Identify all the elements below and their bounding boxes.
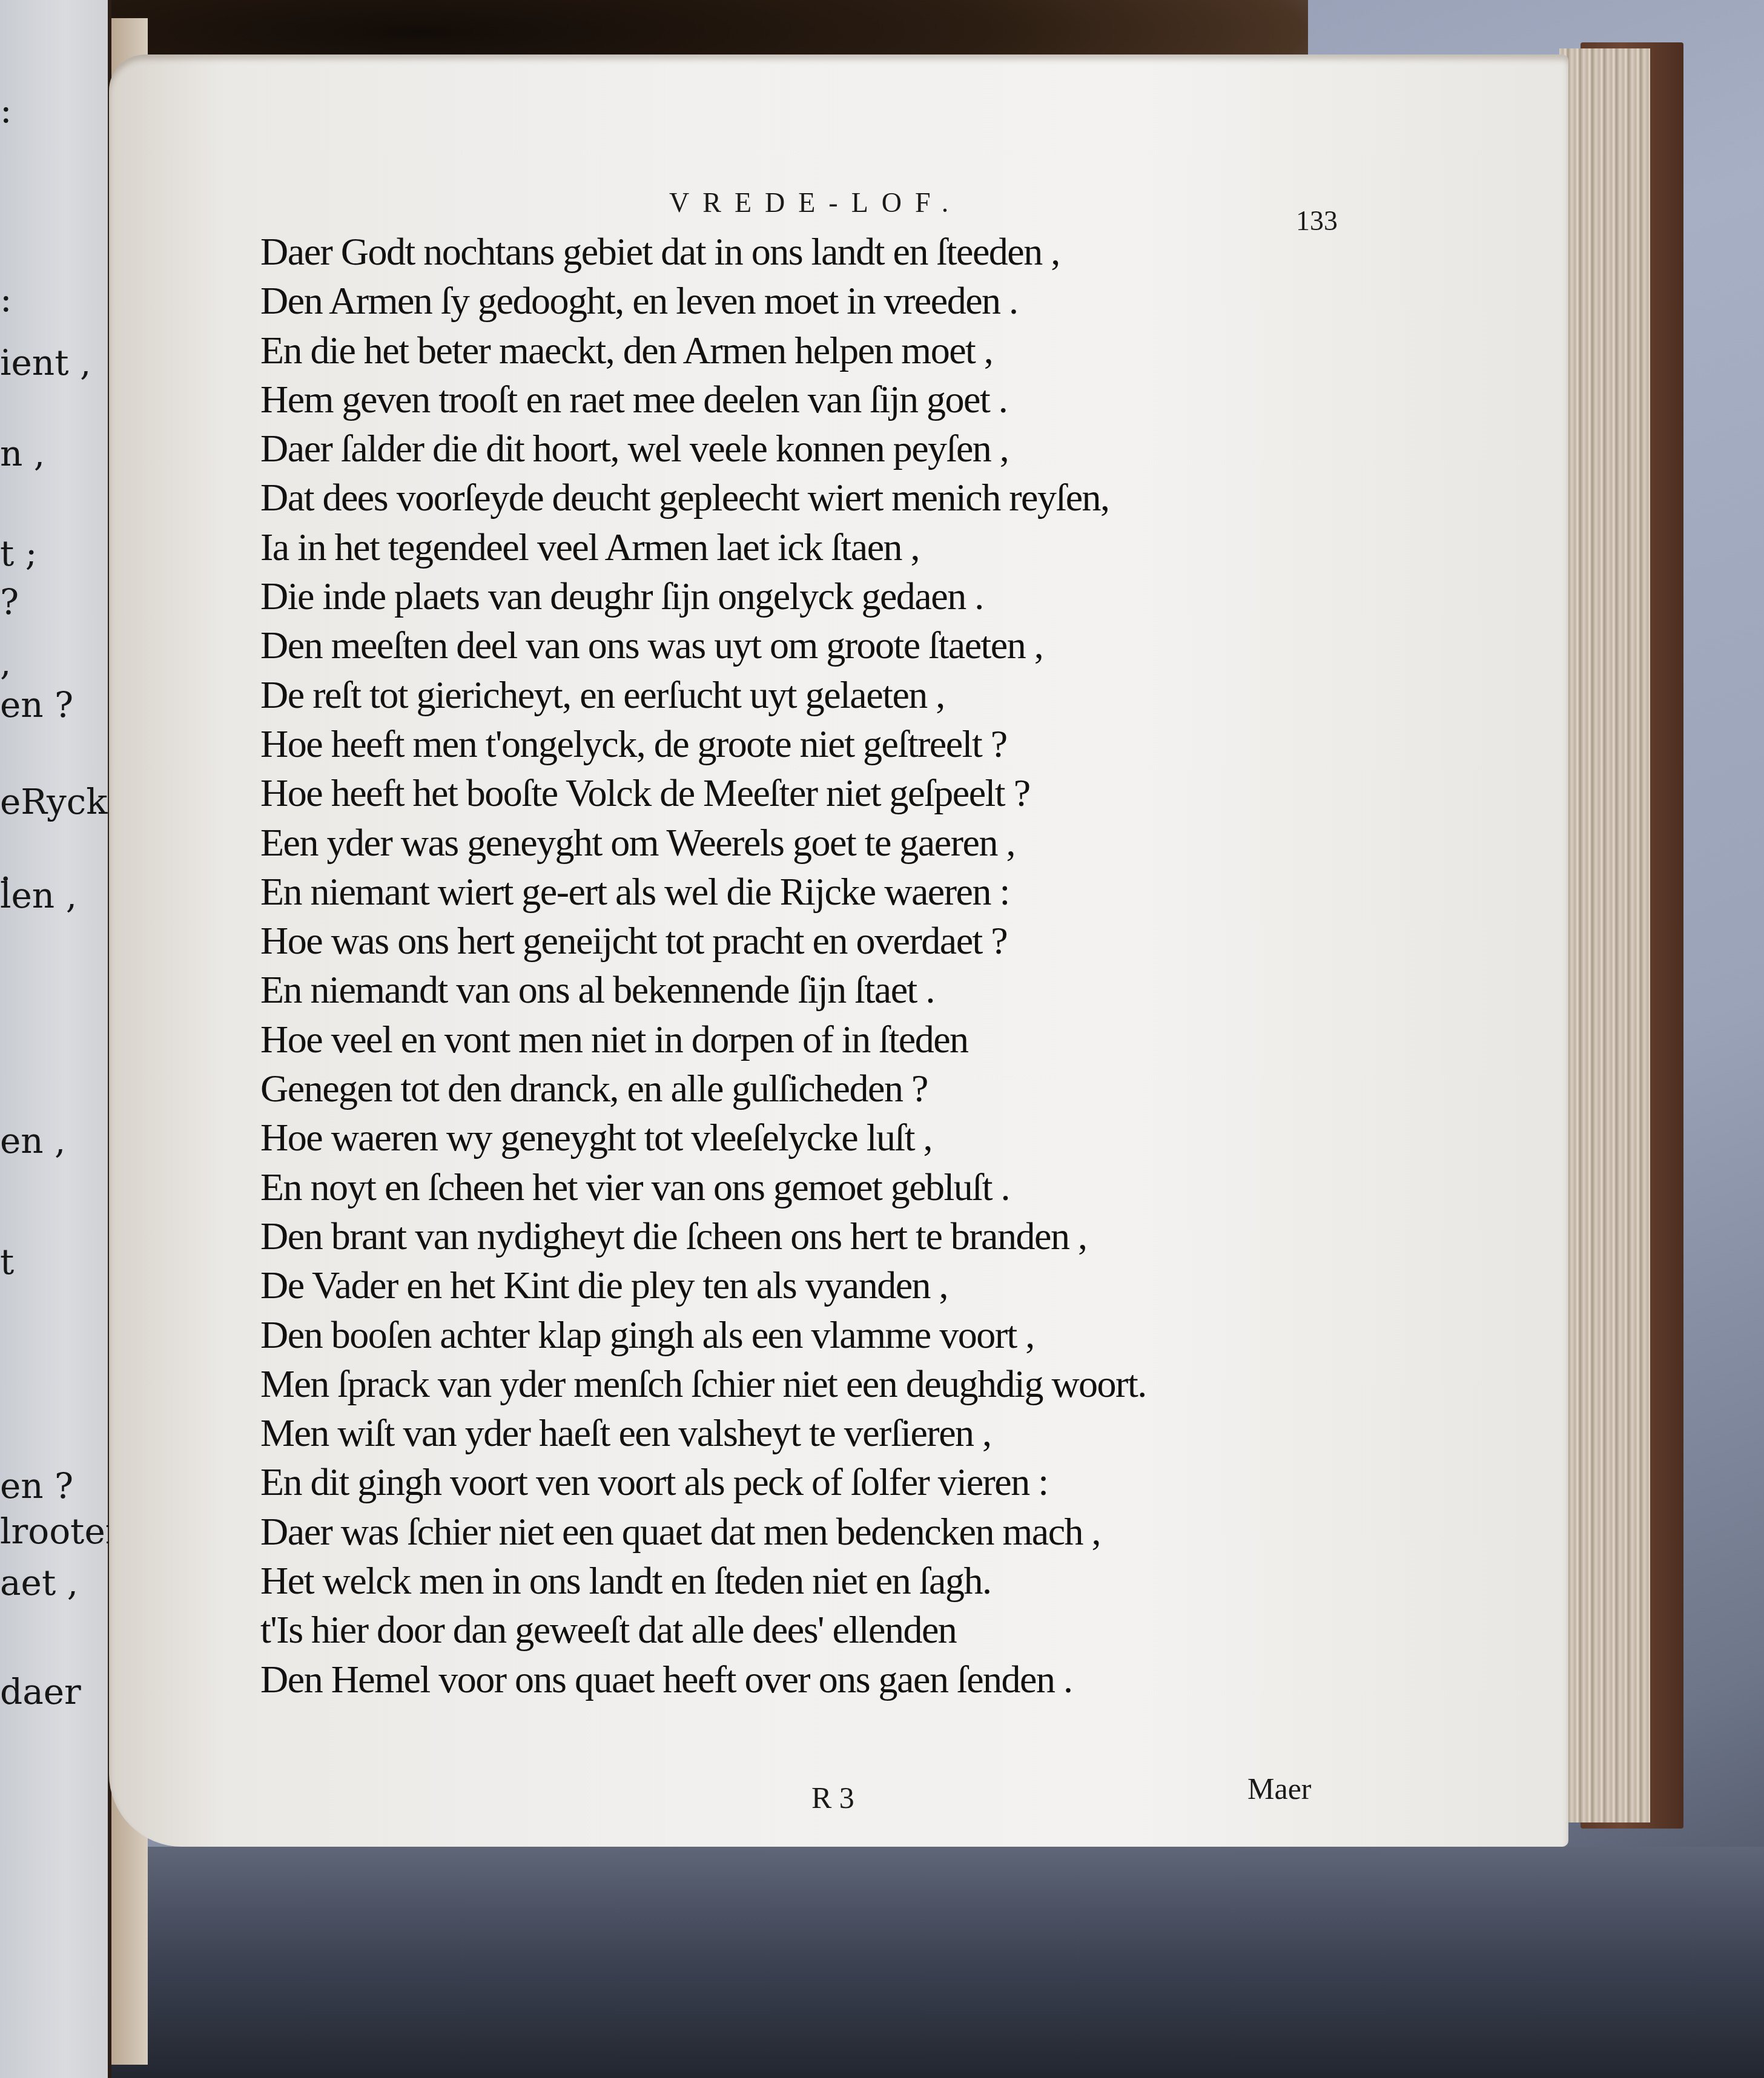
poem-text: Daer Godt nochtans gebiet dat in ons lan… bbox=[260, 227, 1399, 1704]
left-page-fragment: t ; bbox=[0, 533, 37, 574]
verse-line: En niemant wiert ge-ert als wel die Rijc… bbox=[260, 867, 1399, 916]
left-page-fragment: en ? bbox=[0, 684, 73, 725]
page-edges bbox=[1559, 48, 1650, 1822]
verse-line: De reſt tot giericheyt, en eerſucht uyt … bbox=[260, 670, 1399, 719]
verse-line: Hoe heeft men t'ongelyck, de groote niet… bbox=[260, 719, 1399, 768]
verse-line: Daer ſalder die dit hoort, wel veele kon… bbox=[260, 424, 1399, 473]
verse-line: En noyt en ſcheen het vier van ons gemoe… bbox=[260, 1163, 1399, 1212]
cloth-background bbox=[0, 1847, 1764, 2078]
verse-line: En die het beter maeckt, den Armen helpe… bbox=[260, 326, 1399, 375]
left-page-fragment: n , bbox=[0, 433, 45, 474]
left-page-fragment: ? bbox=[0, 581, 19, 622]
left-page-fragment: len , bbox=[0, 875, 77, 916]
verse-line: En niemandt van ons al bekennende ſijn ſ… bbox=[260, 965, 1399, 1014]
verse-line: En dit gingh voort ven voort als peck of… bbox=[260, 1457, 1399, 1506]
running-head: VREDE-LOF. bbox=[669, 186, 962, 219]
left-page-fragment: eRyck bbox=[0, 781, 107, 822]
left-page-fragment: : bbox=[0, 279, 12, 320]
verse-line: Daer was ſchier niet een quaet dat men b… bbox=[260, 1507, 1399, 1556]
catchword: Maer bbox=[1247, 1771, 1312, 1806]
verse-line: Genegen tot den dranck, en alle gulſiche… bbox=[260, 1064, 1399, 1113]
left-page-fragment: , bbox=[0, 642, 11, 683]
verse-line: Hoe heeft het booſte Volck de Meeſter ni… bbox=[260, 768, 1399, 817]
left-page-fragment: t bbox=[0, 1241, 14, 1282]
verse-line: Men wiſt van yder haeſt een valsheyt te … bbox=[260, 1408, 1399, 1457]
left-page-fragment: ient , bbox=[0, 342, 91, 383]
verse-line: t'Is hier door dan geweeſt dat alle dees… bbox=[260, 1605, 1399, 1654]
verse-line: Den Armen ſy gedooght, en leven moet in … bbox=[260, 276, 1399, 325]
verse-line: Hoe waeren wy geneyght tot vleeſelycke l… bbox=[260, 1113, 1399, 1162]
left-page-fragment: : bbox=[0, 90, 12, 131]
verse-line: Ia in het tegendeel veel Armen laet ick … bbox=[260, 523, 1399, 572]
verse-line: Dat dees voorſeyde deucht gepleecht wier… bbox=[260, 473, 1399, 522]
right-page: VREDE-LOF. 133 Daer Godt nochtans gebiet… bbox=[109, 54, 1568, 1847]
left-page-fragment: aet , bbox=[0, 1562, 78, 1603]
left-page-fragment: en ? bbox=[0, 1465, 73, 1506]
verse-line: Den brant van nydigheyt die ſcheen ons h… bbox=[260, 1212, 1399, 1261]
left-page: ::ient ,n ,t ;?,en ?eRyck.len ,en ,ten ?… bbox=[0, 0, 111, 2078]
verse-line: Een yder was geneyght om Weerels goet te… bbox=[260, 818, 1399, 867]
left-page-fragment: en , bbox=[0, 1120, 66, 1161]
verse-line: Hoe veel en vont men niet in dorpen of i… bbox=[260, 1015, 1399, 1064]
verse-line: Men ſprack van yder menſch ſchier niet e… bbox=[260, 1359, 1399, 1408]
verse-line: Hoe was ons hert geneijcht tot pracht en… bbox=[260, 916, 1399, 965]
verse-line: Het welck men in ons landt en ſteden nie… bbox=[260, 1556, 1399, 1605]
verse-line: Den Hemel voor ons quaet heeft over ons … bbox=[260, 1655, 1399, 1704]
verse-line: Hem geven trooſt en raet mee deelen van … bbox=[260, 375, 1399, 424]
signature-mark: R 3 bbox=[811, 1780, 854, 1815]
verse-line: Den meeſten deel van ons was uyt om groo… bbox=[260, 621, 1399, 670]
verse-line: Daer Godt nochtans gebiet dat in ons lan… bbox=[260, 227, 1399, 276]
verse-line: Den booſen achter klap gingh als een vla… bbox=[260, 1310, 1399, 1359]
left-page-fragment: daer bbox=[0, 1671, 81, 1712]
verse-line: Die inde plaets van deughr ſijn ongelyck… bbox=[260, 572, 1399, 621]
verse-line: De Vader en het Kint die pley ten als vy… bbox=[260, 1261, 1399, 1310]
